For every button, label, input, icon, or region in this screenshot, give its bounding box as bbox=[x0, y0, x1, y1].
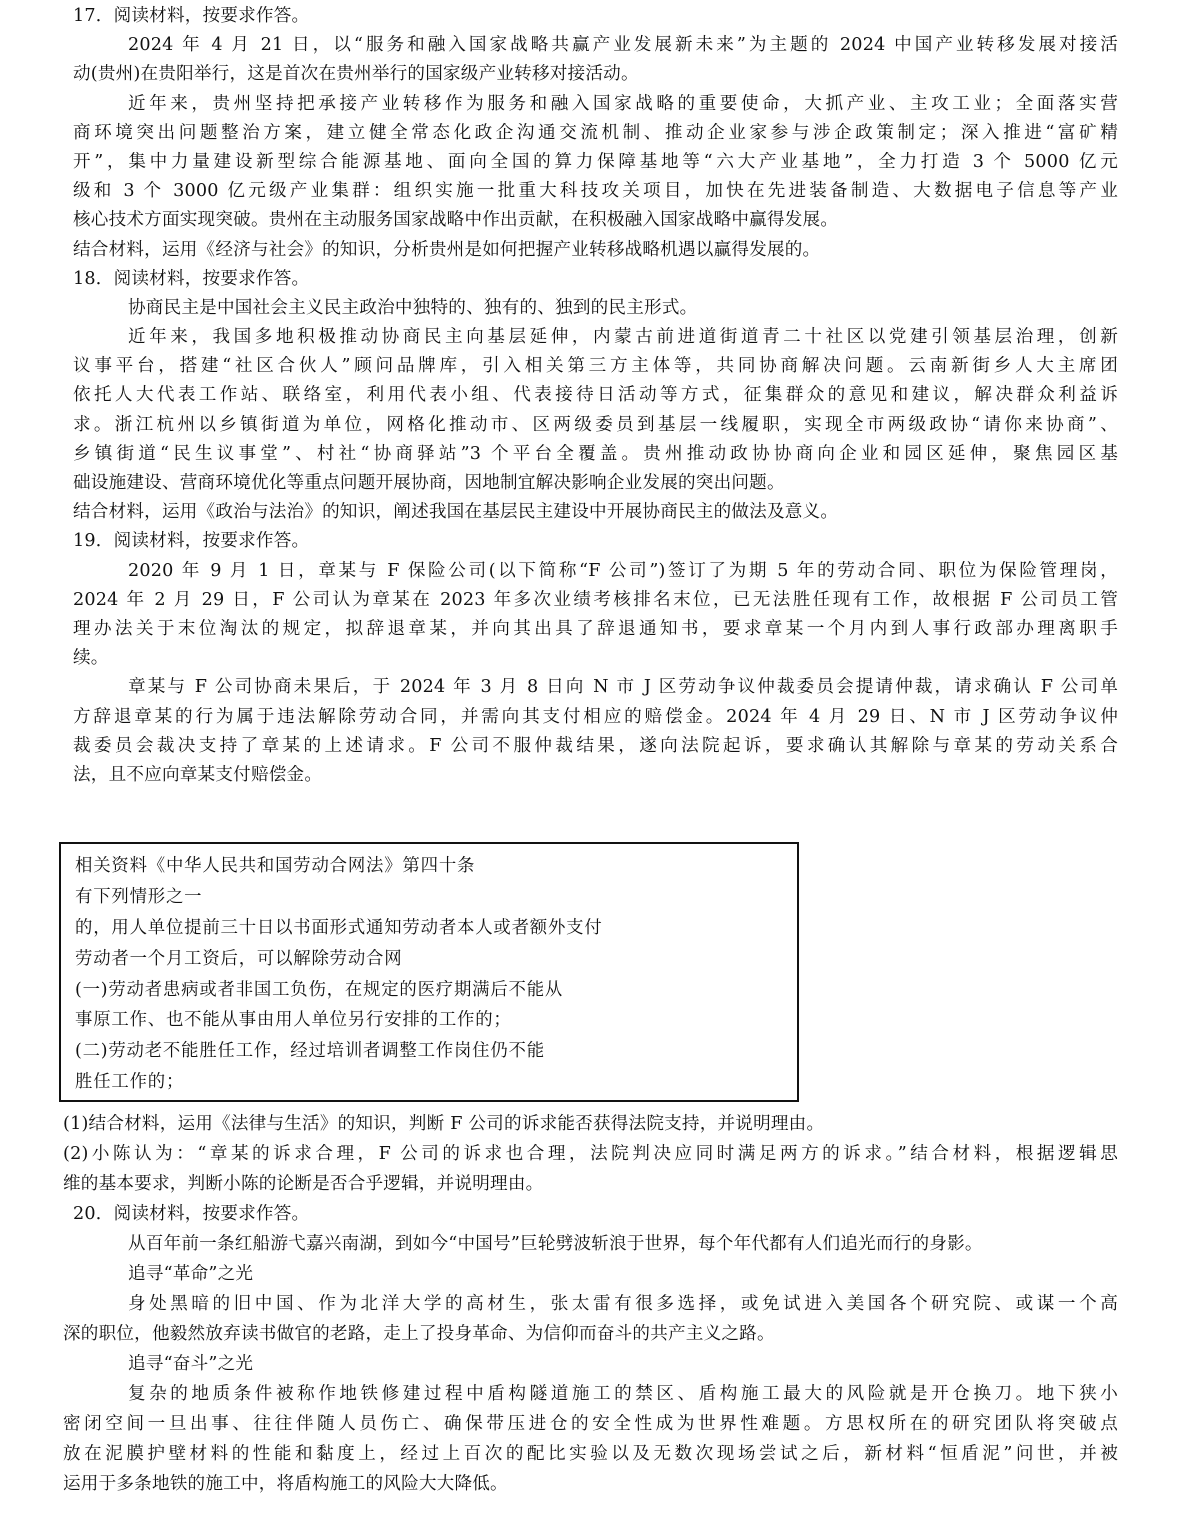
box-line: 的，用人单位提前三十日以书面形式通知劳动者本人或者额外支付 bbox=[75, 913, 603, 944]
q19-p1-line: 续。 bbox=[73, 644, 1118, 673]
q20-sec2-line: 复杂的地质条件被称作地铁修建过程中盾构隧道施工的禁区、盾构施工最大的风险就是开仓… bbox=[63, 1379, 1118, 1409]
q20-section-title-struggle: 追寻“奋斗”之光 bbox=[63, 1349, 1118, 1379]
q18-p2-line: 依托人大代表工作站、联络室，利用代表小组、代表接待日活动等方式，征集群众的意见和… bbox=[73, 381, 1118, 410]
q17-p1-line: 2024 年 4 月 21 日，以“服务和融入国家战略共赢产业发展新未来”为主题… bbox=[73, 31, 1118, 60]
q18-question: 结合材料，运用《政治与法治》的知识，阐述我国在基层民主建设中开展协商民主的做法及… bbox=[73, 498, 1118, 527]
q19-p1-line: 理办法关于末位淘汰的规定，拟辞退章某，并向其出具了辞退通知书，要求章某一个月内到… bbox=[73, 615, 1118, 644]
q18-p2-line: 议事平台，搭建“社区合伙人”顾问品牌库，引入相关第三方主体等，共同协商解决问题。… bbox=[73, 352, 1118, 381]
document-page: 17．阅读材料，按要求作答。 2024 年 4 月 21 日，以“服务和融入国家… bbox=[73, 2, 1118, 790]
q17-question: 结合材料，运用《经济与社会》的知识，分析贵州是如何把握产业转移战略机遇以赢得发展… bbox=[73, 236, 1118, 265]
q20-sec1-line: 深的职位，他毅然放弃读书做官的老路，走上了投身革命、为信仰而奋斗的共产主义之路。 bbox=[63, 1319, 1118, 1349]
box-line: (一)劳动者患病或者非国工负伤，在规定的医疗期满后不能从 bbox=[75, 975, 603, 1006]
q19-p2-line: 章某与 F 公司协商未果后，于 2024 年 3 月 8 日向 N 市 J 区劳… bbox=[73, 673, 1118, 702]
q19-p1-line: 2020 年 9 月 1 日，章某与 F 保险公司(以下简称“F 公司”)签订了… bbox=[73, 557, 1118, 586]
q19-p1-line: 2024 年 2 月 29 日，F 公司认为章某在 2023 年多次业绩考核排名… bbox=[73, 586, 1118, 615]
legal-reference-box: 相关资料《中华人民共和国劳动合网法》第四十条 有下列情形之一 的，用人单位提前三… bbox=[59, 842, 799, 1102]
q19-sub-question-1: (1)结合材料，运用《法律与生活》的知识，判断 F 公司的诉求能否获得法院支持，… bbox=[63, 1109, 1118, 1139]
q19-p2-line: 法，且不应向章某支付赔偿金。 bbox=[73, 761, 1118, 790]
q19-heading: 19．阅读材料，按要求作答。 bbox=[73, 527, 1118, 556]
q20-sec2-line: 密闭空间一旦出事、往往伴随人员伤亡、确保带压进仓的安全性成为世界性难题。方思权所… bbox=[63, 1409, 1118, 1439]
q17-p2-line: 开”，集中力量建设新型综合能源基地、面向全国的算力保障基地等“六大产业基地”，全… bbox=[73, 148, 1118, 177]
box-line: 有下列情形之一 bbox=[75, 882, 603, 913]
document-page-continued: (1)结合材料，运用《法律与生活》的知识，判断 F 公司的诉求能否获得法院支持，… bbox=[63, 1109, 1118, 1499]
box-line: 相关资料《中华人民共和国劳动合网法》第四十条 bbox=[75, 851, 603, 882]
q19-sub-question-2: 维的基本要求，判断小陈的论断是否合乎逻辑，并说明理由。 bbox=[63, 1169, 1118, 1199]
q20-section-title-revolution: 追寻“革命”之光 bbox=[63, 1259, 1118, 1289]
q18-heading: 18．阅读材料，按要求作答。 bbox=[73, 265, 1118, 294]
q18-p1-line: 协商民主是中国社会主义民主政治中独特的、独有的、独到的民主形式。 bbox=[73, 294, 1118, 323]
q20-sec2-line: 运用于多条地铁的施工中，将盾构施工的风险大大降低。 bbox=[63, 1469, 1118, 1499]
box-line: 劳动者一个月工资后，可以解除劳动合网 bbox=[75, 944, 603, 975]
q17-heading: 17．阅读材料，按要求作答。 bbox=[73, 2, 1118, 31]
q19-sub-question-2: (2)小陈认为：“章某的诉求合理，F 公司的诉求也合理，法院判决应同时满足两方的… bbox=[63, 1139, 1118, 1169]
q18-p2-line: 近年来，我国多地积极推动协商民主向基层延伸，内蒙古前进道街道青二十社区以党建引领… bbox=[73, 323, 1118, 352]
q17-p2-line: 近年来，贵州坚持把承接产业转移作为服务和融入国家战略的重要使命，大抓产业、主攻工… bbox=[73, 90, 1118, 119]
q17-p2-line: 级和 3 个 3000 亿元级产业集群：组织实施一批重大科技攻关项目，加快在先进… bbox=[73, 177, 1118, 206]
q19-p2-line: 裁委员会裁决支持了章某的上述请求。F 公司不服仲裁结果，遂向法院起诉，要求确认其… bbox=[73, 732, 1118, 761]
q18-p2-line: 础设施建设、营商环境优化等重点问题开展协商，因地制宜解决影响企业发展的突出问题。 bbox=[73, 469, 1118, 498]
q20-sec2-line: 放在泥膜护壁材料的性能和黏度上，经过上百次的配比实验以及无数次现场尝试之后，新材… bbox=[63, 1439, 1118, 1469]
q18-p2-line: 乡镇街道“民生议事堂”、村社“协商驿站”3 个平台全覆盖。贵州推动政协协商向企业… bbox=[73, 440, 1118, 469]
q20-sec1-line: 身处黑暗的旧中国、作为北洋大学的高材生，张太雷有很多选择，或免试进入美国各个研究… bbox=[63, 1289, 1118, 1319]
q18-p2-line: 求。浙江杭州以乡镇街道为单位，网格化推动市、区两级委员到基层一线履职，实现全市两… bbox=[73, 411, 1118, 440]
box-line: 事原工作、也不能从事由用人单位另行安排的工作的； bbox=[75, 1005, 603, 1036]
q17-p2-line: 核心技术方面实现突破。贵州在主动服务国家战略中作出贡献，在积极融入国家战略中赢得… bbox=[73, 206, 1118, 235]
q17-p1-line: 动(贵州)在贵阳举行，这是首次在贵州举行的国家级产业转移对接活动。 bbox=[73, 60, 1118, 89]
box-line: (二)劳动老不能胜任工作，经过培训者调整工作岗住仍不能 bbox=[75, 1036, 603, 1067]
q20-heading: 20．阅读材料，按要求作答。 bbox=[63, 1199, 1118, 1229]
q20-intro: 从百年前一条红船游弋嘉兴南湖，到如今“中国号”巨轮劈波斩浪于世界，每个年代都有人… bbox=[63, 1229, 1118, 1259]
box-line: 胜任工作的； bbox=[75, 1067, 603, 1098]
q19-p2-line: 方辞退章某的行为属于违法解除劳动合同，并需向其支付相应的赔偿金。2024 年 4… bbox=[73, 703, 1118, 732]
q17-p2-line: 商环境突出问题整治方案，建立健全常态化政企沟通交流机制、推动企业家参与涉企政策制… bbox=[73, 119, 1118, 148]
